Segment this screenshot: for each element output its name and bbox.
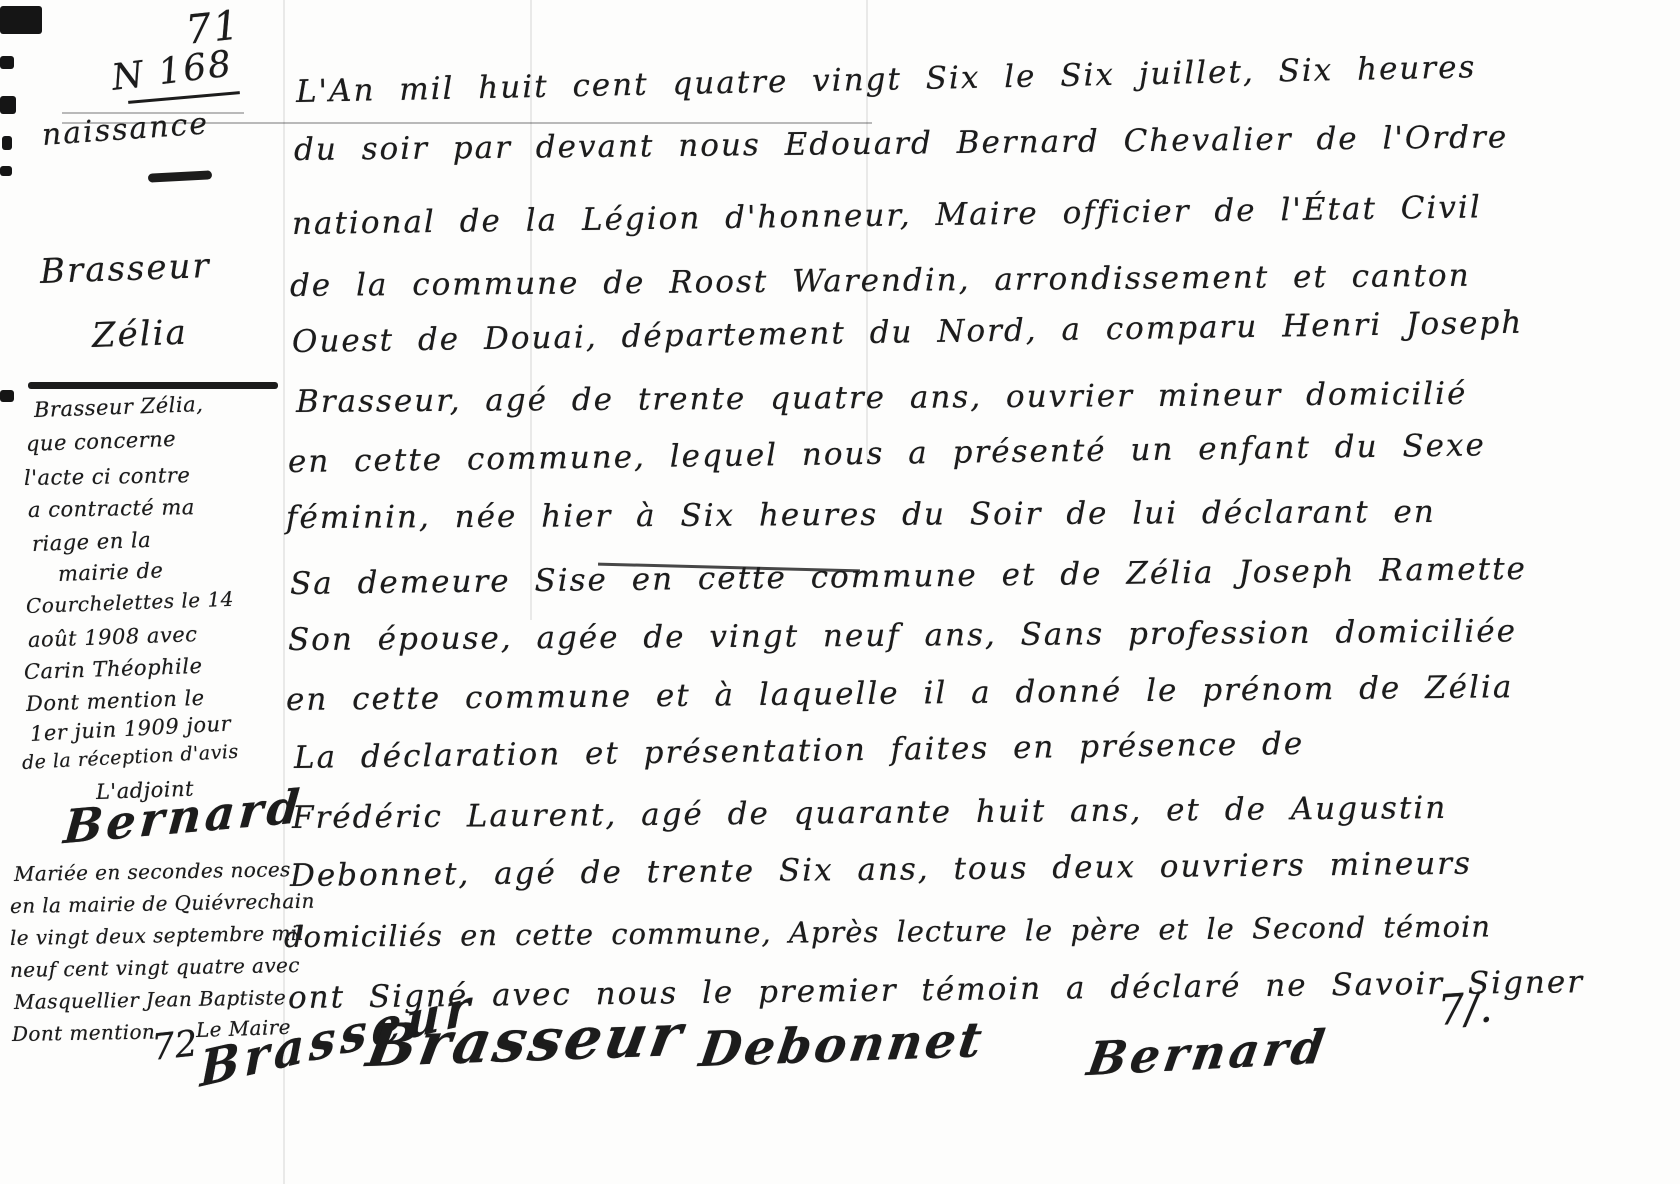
margin-note-line: riage en la bbox=[32, 528, 152, 556]
margin-note-line: Brasseur Zélia, bbox=[34, 392, 204, 422]
declarant-signature: Brasseur bbox=[362, 1001, 690, 1080]
act-number: N 168 bbox=[110, 43, 236, 99]
margin-note-line: Courchelettes le 14 bbox=[26, 587, 235, 618]
margin-note-line: Dont mention le bbox=[26, 686, 205, 716]
margin-note-line: 1er juin 1909 jour bbox=[29, 711, 231, 746]
scan-artifact bbox=[0, 166, 12, 176]
scan-artifact bbox=[0, 56, 14, 69]
act-text-line: en cette commune et à laquelle il a donn… bbox=[286, 669, 1514, 718]
act-text-line: L'An mil huit cent quatre vingt Six le S… bbox=[296, 49, 1477, 110]
margin-note-line: août 1908 avec bbox=[28, 622, 198, 652]
scan-artifact bbox=[0, 390, 14, 402]
margin-note-line: a contracté ma bbox=[28, 495, 195, 522]
act-text-line: domiciliés en cette commune, Après lectu… bbox=[284, 909, 1491, 954]
witness-signature: Debonnet bbox=[696, 1012, 988, 1078]
act-text-line: national de la Légion d'honneur, Maire o… bbox=[292, 189, 1482, 242]
margin-note-line: l'acte ci contre bbox=[24, 463, 191, 490]
act-text-line: en cette commune, lequel nous a présenté… bbox=[288, 427, 1486, 480]
act-text-line: Ouest de Douai, département du Nord, a c… bbox=[292, 305, 1524, 360]
child-firstname: Zélia bbox=[91, 313, 188, 356]
scan-artifact bbox=[0, 96, 16, 114]
act-text-line: Frédéric Laurent, agé de quarante huit a… bbox=[292, 790, 1448, 836]
act-text-line: Brasseur, agé de trente quatre ans, ouvr… bbox=[296, 376, 1468, 420]
ruled-line bbox=[62, 122, 872, 124]
margin-note-line: Mariée en secondes noces bbox=[14, 857, 291, 886]
scan-artifact bbox=[2, 136, 12, 150]
act-text-line: de la commune de Roost Warendin, arrondi… bbox=[290, 258, 1471, 304]
margin-dash bbox=[148, 170, 212, 182]
act-text-line: La déclaration et présentation faites en… bbox=[294, 726, 1305, 776]
mayor-signature: Bernard bbox=[1084, 1019, 1332, 1086]
scanned-birth-record: 71 N 168 naissance Brasseur Zélia Brasse… bbox=[0, 0, 1680, 1184]
margin-note-line: en la mairie de Quiévrechain bbox=[10, 889, 315, 918]
act-text-line: Debonnet, agé de trente Six ans, tous de… bbox=[290, 846, 1472, 894]
scan-artifact bbox=[0, 6, 42, 34]
act-text-line: du soir par devant nous Edouard Bernard … bbox=[294, 119, 1509, 168]
margin-note-line: Carin Théophile bbox=[24, 654, 203, 684]
child-surname: Brasseur bbox=[39, 246, 211, 292]
margin-note-line: neuf cent vingt quatre avec bbox=[10, 953, 300, 982]
margin-note-line: que concerne bbox=[26, 427, 177, 456]
act-text-line: Sa demeure Sise en cette commune et de Z… bbox=[290, 551, 1527, 602]
margin-note-line: Masquellier Jean Baptiste bbox=[14, 985, 287, 1014]
margin-note-line: le vingt deux septembre mil bbox=[10, 921, 305, 950]
maire-paraph: 72 bbox=[150, 1023, 200, 1069]
margin-note-line: de la réception d'avis bbox=[21, 741, 239, 774]
margin-note-line: Dont mention bbox=[12, 1020, 156, 1046]
margin-note-line: mairie de bbox=[58, 558, 164, 586]
paraph-mark: 7/. bbox=[1436, 982, 1494, 1035]
act-text-line: féminin, née hier à Six heures du Soir d… bbox=[286, 494, 1436, 536]
act-text-line: Son épouse, agée de vingt neuf ans, Sans… bbox=[288, 613, 1517, 658]
margin-divider bbox=[28, 382, 278, 389]
